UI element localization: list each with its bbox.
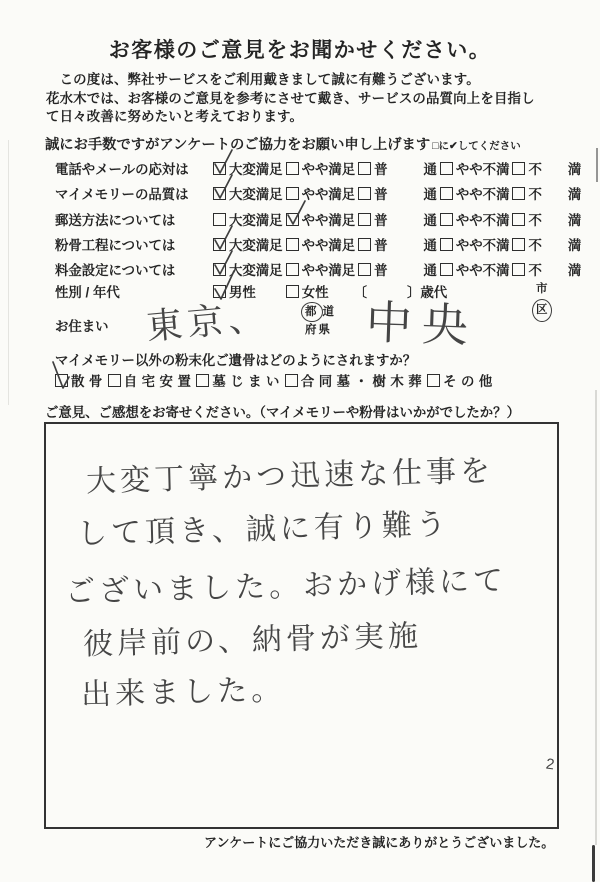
prefecture-unit-circled[interactable]: 都 (301, 302, 323, 322)
disposal-option-label: 自宅安置 (124, 371, 196, 390)
survey-option: やや不満 (440, 235, 510, 254)
checkbox[interactable] (286, 238, 299, 251)
age-bracket-open: 〔 (354, 282, 367, 301)
scan-artifact-right-line (595, 390, 597, 845)
option-label: 不 (528, 159, 541, 178)
disposal-option: 自宅安置 (108, 371, 196, 390)
survey-option: やや不満 (440, 210, 510, 229)
option-label: 通 (424, 210, 437, 229)
gender-option: 女性 (286, 282, 329, 301)
handwritten-comment-line: ございました。おかげ様にて (64, 555, 507, 611)
option-label: やや満足 (302, 184, 356, 203)
residence-label: お住まい (55, 316, 109, 335)
checkbox[interactable] (440, 238, 453, 251)
intro-line-3: て日々改善に努めたいと考えております。 (46, 108, 562, 127)
option-label: 通 (424, 184, 437, 203)
option-label: やや満足 (302, 210, 356, 229)
checkmark-icon (284, 198, 308, 228)
option-label: 満 (568, 184, 581, 203)
checkbox[interactable] (286, 285, 299, 298)
option-label: やや満足 (302, 260, 356, 279)
option-label: やや不満 (456, 184, 510, 203)
option-label: 普 (374, 210, 387, 229)
checkbox[interactable] (512, 162, 525, 175)
survey-option: やや不満 (440, 184, 510, 203)
checkmark-icon (211, 172, 235, 202)
option-label: 不 (528, 260, 541, 279)
checkbox[interactable] (196, 374, 209, 387)
survey-row: 料金設定については大変満足やや満足普通やや不満不満 (55, 257, 584, 282)
gender-option-label: 女性 (302, 282, 329, 301)
residence-city-handwritten: 中央 (365, 286, 479, 356)
checkbox[interactable] (440, 263, 453, 276)
city-unit-top: 市 (532, 280, 552, 299)
survey-option: 大変満足 (213, 184, 283, 203)
survey-option: 不満 (512, 210, 581, 229)
survey-row: マイメモリーの品質は大変満足やや満足普通やや不満不満 (55, 181, 584, 206)
handwritten-comment-line: して頂き、誠に有り難う (76, 499, 450, 553)
prefecture-unit-rest: 道 (323, 306, 337, 318)
survey-option: 不満 (512, 159, 581, 178)
handwritten-comment-line: 出来ました。 (80, 664, 285, 713)
survey-option: やや不満 (440, 159, 510, 178)
survey-option: 普通 (358, 210, 437, 229)
option-label: 大変満足 (229, 260, 283, 279)
option-label: やや不満 (456, 210, 510, 229)
survey-request-text: 誠にお手数ですがアンケートのご協力をお願い申し上げます (45, 137, 430, 153)
checkbox[interactable] (108, 374, 121, 387)
option-label: 普 (374, 235, 387, 254)
disposal-option-label: その他 (443, 371, 497, 390)
disposal-option-label: 合同墓・樹木葬 (301, 371, 426, 390)
option-label: 満 (568, 235, 581, 254)
handwritten-comment-line: 大変丁寧かつ迅速な仕事を (85, 446, 494, 501)
checkbox[interactable] (358, 213, 371, 226)
footer-thanks-text: アンケートにご協力いただき誠にありがとうございました。 (204, 832, 554, 851)
checkbox[interactable] (427, 374, 440, 387)
checkmark-icon (51, 361, 75, 391)
option-label: 大変満足 (229, 235, 283, 254)
survey-row-label: 料金設定については (55, 260, 213, 279)
survey-row-label: 粉骨工程については (55, 235, 213, 254)
survey-option: やや満足 (286, 260, 356, 279)
checkbox[interactable] (440, 213, 453, 226)
disposal-question: マイメモリー以外の粉末化ご遺骨はどのようにされますか？ (55, 350, 416, 369)
checkbox[interactable] (512, 238, 525, 251)
intro-paragraph: この度は、弊社サービスをご利用戴きまして誠に有難うございます。 花水木では、お客… (46, 71, 562, 127)
option-label: やや満足 (302, 235, 356, 254)
checkbox-checked[interactable] (286, 213, 299, 226)
option-label: 不 (528, 184, 541, 203)
scan-artifact-right-smudge (596, 148, 598, 182)
survey-option: やや不満 (440, 260, 510, 279)
checkbox[interactable] (358, 162, 371, 175)
option-label: 普 (374, 260, 387, 279)
checkbox[interactable] (285, 374, 298, 387)
option-label: 不 (528, 235, 541, 254)
checkbox[interactable] (440, 187, 453, 200)
option-label: 通 (424, 159, 437, 178)
option-label: 不 (528, 210, 541, 229)
option-label: やや不満 (456, 159, 510, 178)
disposal-options-row: 散骨自宅安置墓じまい合同墓・樹木葬その他 (55, 371, 498, 390)
survey-row-label: 電話やメールの応対は (55, 159, 213, 178)
option-label: やや不満 (456, 235, 510, 254)
checkbox-checked[interactable] (55, 374, 68, 387)
survey-option: 不満 (512, 260, 581, 279)
checkbox[interactable] (358, 263, 371, 276)
checkbox[interactable] (286, 162, 299, 175)
survey-form-scan: お客様のご意見をお聞かせください。 この度は、弊社サービスをご利用戴きまして誠に… (0, 0, 600, 882)
option-label: 通 (424, 235, 437, 254)
disposal-option-label: 散骨 (71, 371, 107, 390)
comment-prompt: ご意見、ご感想をお寄せください。（マイメモリーや粉骨はいかがでしたか？） (45, 402, 520, 421)
checkbox[interactable] (358, 187, 371, 200)
survey-row: 粉骨工程については大変満足やや満足普通やや不満不満 (55, 232, 584, 257)
intro-line-2: 花水木では、お客様のご意見を参考にさせて戴き、サービスの品質向上を目指し (46, 90, 562, 109)
checkbox-checked[interactable] (213, 187, 226, 200)
prefecture-unit-selector: 都道 府県 (301, 302, 336, 338)
survey-option: やや満足 (286, 210, 356, 229)
checkbox[interactable] (358, 238, 371, 251)
intro-line-1: この度は、弊社サービスをご利用戴きまして誠に有難うございます。 (46, 71, 562, 90)
city-unit-selector: 市 区 (532, 280, 552, 322)
handwritten-comment-line: 彼岸前の、納骨が実施 (82, 611, 422, 664)
option-label: 普 (374, 159, 387, 178)
scan-artifact-corner-mark (592, 845, 595, 882)
option-label: 満 (568, 159, 581, 178)
survey-option: やや満足 (286, 235, 356, 254)
disposal-option: 墓じまい (196, 371, 284, 390)
checkbox[interactable] (512, 263, 525, 276)
option-label: やや満足 (302, 159, 356, 178)
disposal-option-label: 墓じまい (212, 371, 284, 390)
option-label: 大変満足 (229, 210, 283, 229)
option-label: 大変満足 (229, 184, 283, 203)
comment-box[interactable]: 大変丁寧かつ迅速な仕事をして頂き、誠に有り難うございました。おかげ様にて彼岸前の… (44, 422, 559, 829)
survey-option: 不満 (512, 184, 581, 203)
survey-option: 普通 (358, 184, 437, 203)
survey-row: 郵送方法については大変満足やや満足普通やや不満不満 (55, 207, 584, 232)
survey-row-label: 郵送方法については (55, 210, 213, 229)
option-label: 普 (374, 184, 387, 203)
option-label: やや不満 (456, 260, 510, 279)
checkbox[interactable] (512, 187, 525, 200)
survey-row-label: マイメモリーの品質は (55, 184, 213, 203)
scan-artifact-left-line (8, 140, 9, 405)
survey-request-line: 誠にお手数ですがアンケートのご協力をお願い申し上げます□に✔してください (45, 134, 521, 154)
satisfaction-table: 電話やメールの応対は大変満足やや満足普通やや不満不満マイメモリーの品質は大変満足… (55, 156, 584, 282)
checkbox[interactable] (512, 213, 525, 226)
survey-row: 電話やメールの応対は大変満足やや満足普通やや不満不満 (55, 156, 584, 181)
residence-prefecture-handwritten: 東京、 (144, 289, 271, 351)
disposal-option: 散骨 (55, 371, 107, 390)
option-label: 大変満足 (229, 159, 283, 178)
survey-option: 不満 (512, 235, 581, 254)
city-unit-circled[interactable]: 区 (532, 299, 552, 322)
option-label: 満 (568, 210, 581, 229)
option-label: 通 (424, 260, 437, 279)
prefecture-unit-bottom: 府県 (301, 322, 336, 338)
disposal-option: 合同墓・樹木葬 (285, 371, 426, 390)
disposal-option: その他 (427, 371, 497, 390)
checkbox[interactable] (286, 263, 299, 276)
survey-option: 普通 (358, 159, 437, 178)
option-label: 満 (568, 260, 581, 279)
page-title: お客様のご意見をお聞かせください。 (0, 34, 600, 64)
survey-option: やや満足 (286, 159, 356, 178)
survey-option: 普通 (358, 260, 437, 279)
survey-option: 普通 (358, 235, 437, 254)
checkbox[interactable] (440, 162, 453, 175)
check-instruction-note: □に✔してください (432, 140, 521, 152)
